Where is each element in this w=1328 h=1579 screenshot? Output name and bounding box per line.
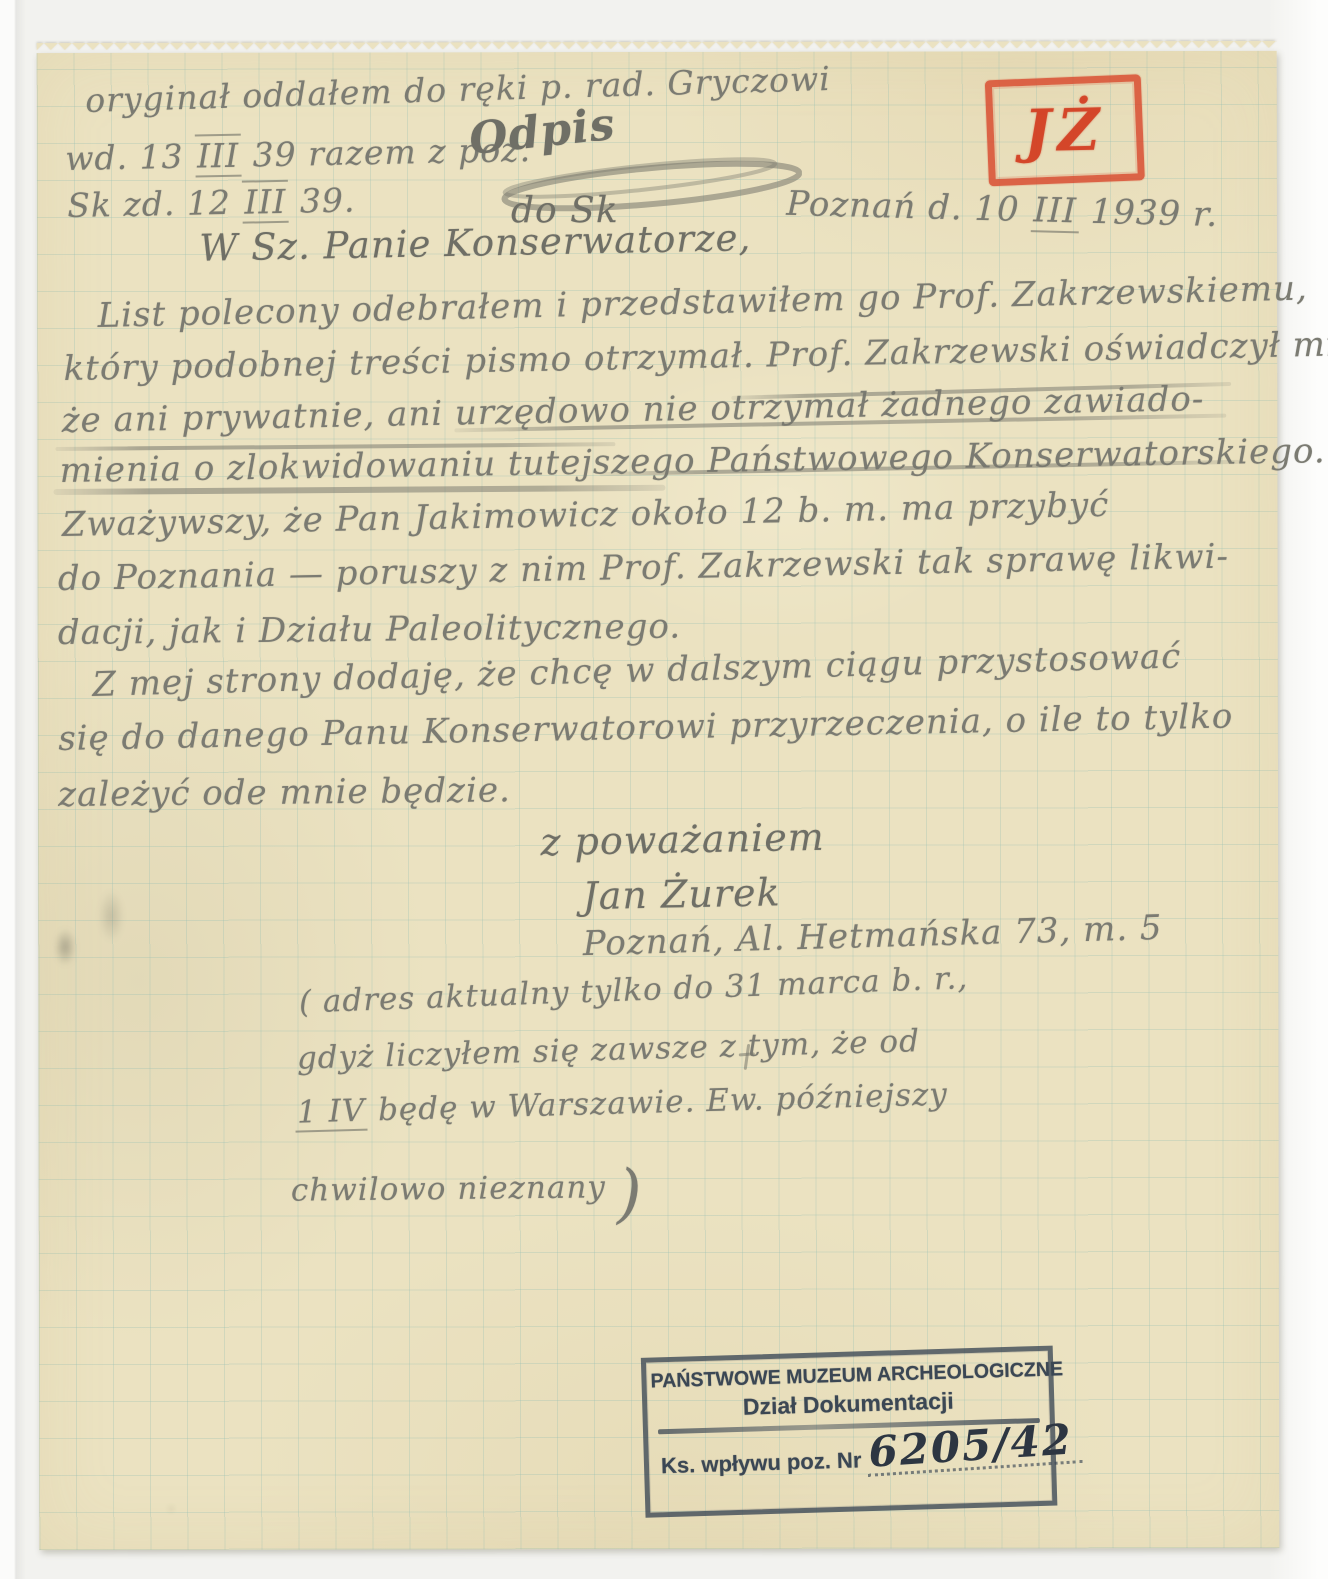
red-initials-box: JŻ: [985, 74, 1145, 186]
signature: Jan Żurek: [582, 870, 781, 918]
dateline: Poznań d. 10 III 1939 r.: [786, 184, 1219, 235]
pencil-smudge: [50, 921, 80, 973]
postscript-line: 1 IV będę w Warszawie. Ew. późniejszy: [295, 1076, 949, 1130]
museum-stamp: PAŃSTWOWE MUZEUM ARCHEOLOGICZNE Dział Do…: [641, 1346, 1058, 1518]
sk-date-rest: 39.: [300, 180, 356, 220]
valediction: z poważaniem: [540, 815, 825, 864]
salutation: W Sz. Panie Konserwatorze,: [199, 216, 752, 270]
body-line: Zważywszy, że Pan Jakimowicz około 12 b.…: [61, 485, 1109, 545]
body-line: zależyć ode mnie będzie.: [58, 770, 511, 815]
postscript-text: będę w Warszawie. Ew. późniejszy: [378, 1076, 949, 1128]
archival-note-line-3: Sk zd. 12 III 39.: [67, 180, 356, 225]
archival-note-line-2: wd. 13 III 39 razem z poz.: [65, 130, 531, 178]
stamp-entry-number: 6205/42: [866, 1422, 1083, 1476]
roman-date: 1 IV: [295, 1093, 368, 1133]
body-text: który podobnej treści pismo otrzymał.: [63, 336, 767, 389]
archival-note-line-1: oryginał oddałem do ręki p. rad. Gryczow…: [85, 59, 832, 120]
postscript-text: chwilowo nieznany: [291, 1169, 606, 1208]
letter-page: oryginał oddałem do ręki p. rad. Gryczow…: [37, 51, 1280, 1550]
postscript-line: chwilowo nieznany ): [291, 1157, 642, 1235]
roman-month: III: [242, 180, 289, 224]
body-line: do Poznania — poruszy z nim Prof. Zakrze…: [58, 537, 1230, 599]
body-line: dacji, jak i Działu Paleolitycznego.: [58, 607, 682, 654]
postscript-text: gdyż liczyłem się zawsze: [296, 1029, 720, 1077]
dateline-city-day: Poznań d. 10: [786, 184, 1020, 230]
body-line: się do danego Panu Konserwatorowi przyrz…: [58, 696, 1234, 759]
stamp-entry-label: Ks. wpływu poz. Nr: [661, 1447, 862, 1479]
sk-date-text: Sk zd. 12: [67, 183, 231, 225]
roman-month: III: [195, 134, 242, 178]
scan-background: oryginał oddałem do ręki p. rad. Gryczow…: [0, 0, 1328, 1579]
crossed-out-mark: [737, 1043, 756, 1071]
body-line: który podobnej treści pismo otrzymał. Pr…: [63, 324, 1328, 389]
underlined-statement: Prof. Zakrzewski oświadczył mi,: [766, 324, 1328, 375]
postscript-line: gdyż liczyłem się zawsze z tym, że od: [296, 1023, 920, 1076]
paper-speck: [167, 1505, 175, 1513]
red-initials-mark: JŻ: [1023, 95, 1106, 165]
received-date-text: wd. 13: [65, 137, 184, 178]
roman-month: III: [1031, 190, 1079, 233]
dateline-year: 1939 r.: [1090, 192, 1219, 235]
pencil-smudge: [93, 879, 129, 953]
postscript-line: ( adres aktualny tylko do 31 marca b. r.…: [298, 960, 968, 1021]
closing-paren: ): [616, 1157, 642, 1231]
body-line: List polecony odebrałem i przedstawiłem …: [97, 269, 1308, 336]
